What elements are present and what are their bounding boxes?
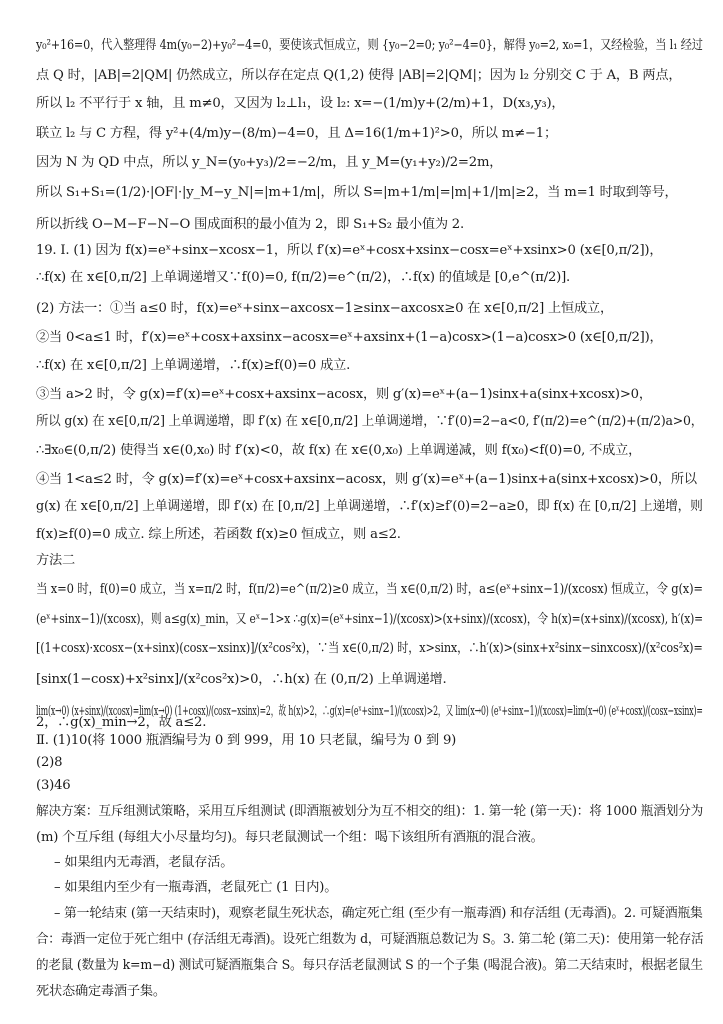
text-line: g(x) 在 x∈[0,π/2] 上单调递增，即 f′(x) 在 [0,π/2]…: [36, 498, 670, 516]
text-line: 所以 g(x) 在 x∈[0,π/2] 上单调递增，即 f′(x) 在 x∈[0…: [36, 413, 658, 431]
text-line: 所以折线 O−M−F−N−O 围成面积的最小值为 2，即 S₁+S₂ 最小值为 …: [36, 216, 693, 234]
text-line: f(x)≥f(0)=0 成立. 综上所述，若函数 f(x)≥0 恒成立，则 a≤…: [36, 526, 693, 544]
text-line: 所以 l₂ 不平行于 x 轴，且 m≠0，又因为 l₂⊥l₁，设 l₂: x=−…: [36, 95, 693, 113]
text-line: [(1+cosx)·xcosx−(x+sinx)(cosx−xsinx)]/(x…: [36, 640, 598, 658]
text-line: 2，∴g(x)_min→2，故 a≤2.: [36, 714, 693, 732]
text-line: [sinx(1−cosx)+x²sinx]/(x²cos²x)>0，∴h(x) …: [36, 671, 693, 689]
text-line: – 第一轮结束 (第一天结束时)，观察老鼠生死状态，确定死亡组 (至少有一瓶毒酒…: [54, 905, 673, 923]
text-line: 因为 N 为 QD 中点，所以 y_N=(y₀+y₃)/2=−2/m，且 y_M…: [36, 154, 693, 172]
text-line: (2) 方法一：①当 a≤0 时，f(x)=eˣ+sinx−axcosx−1≥s…: [36, 300, 693, 318]
text-line: 合：毒酒一定位于死亡组中 (存活组无毒酒)。设死亡组数为 d，可疑酒瓶总数记为 …: [36, 931, 658, 949]
text-line: ∴f(x) 在 x∈[0,π/2] 上单调递增，∴f(x)≥f(0)=0 成立.: [36, 357, 693, 375]
text-line: (eˣ+sinx−1)/(xcosx)，则 a≤g(x)_min，又 eˣ−1>…: [36, 611, 568, 629]
text-line: 联立 l₂ 与 C 方程，得 y²+(4/m)y−(8/m)−4=0，且 Δ=1…: [36, 125, 693, 143]
text-line: ∴f(x) 在 x∈[0,π/2] 上单调递增又∵f(0)=0, f(π/2)=…: [36, 269, 693, 287]
text-line: – 如果组内至少有一瓶毒酒，老鼠死亡 (1 日内)。: [54, 879, 693, 897]
text-line: (2)8: [36, 754, 693, 772]
text-line: ②当 0<a≤1 时，f′(x)=eˣ+cosx+axsinx−acosx=eˣ…: [36, 329, 693, 347]
text-line: 的老鼠 (数量为 k=m−d) 测试可疑酒瓶集合 S。每只存活老鼠测试 S 的一…: [36, 957, 662, 975]
text-line: 死状态确定毒酒子集。: [36, 983, 693, 1001]
text-line: (m) 个互斥组 (每组大小尽量均匀)。每只老鼠测试一个组：喝下该组所有酒瓶的混…: [36, 829, 693, 847]
text-line: 19. Ⅰ. (1) 因为 f(x)=eˣ+sinx−xcosx−1，所以 f′…: [36, 242, 693, 260]
text-line: 当 x=0 时，f(0)=0 成立，当 x=π/2 时，f(π/2)=e^(π/…: [36, 581, 609, 599]
text-line: Ⅱ. (1)10(将 1000 瓶酒编号为 0 到 999，用 10 只老鼠，编…: [36, 732, 693, 750]
text-line: – 如果组内无毒酒，老鼠存活。: [54, 854, 693, 872]
text-line: 解决方案：互斥组测试策略，采用互斥组测试 (即酒瓶被划分为互不相交的组)：1. …: [36, 803, 667, 821]
text-line: 点 Q 时，|AB|=2|QM| 仍然成立，所以存在定点 Q(1,2) 使得 |…: [36, 67, 693, 85]
text-line: ③当 a>2 时，令 g(x)=f′(x)=eˣ+cosx+axsinx−aco…: [36, 386, 693, 404]
text-line: (3)46: [36, 777, 693, 795]
text-line: 所以 S₁+S₁=(1/2)·|OF|·|y_M−y_N|=|m+1/m|，所以…: [36, 184, 693, 202]
document-page: y₀²+16=0，代入整理得 4m(y₀−2)+y₀²−4=0，要使该式恒成立，…: [0, 0, 723, 1024]
text-line: 方法二: [36, 552, 693, 570]
text-line: ∴∃x₀∈(0,π/2) 使得当 x∈(0,x₀) 时 f′(x)<0，故 f(…: [36, 442, 693, 460]
text-line: ④当 1<a≤2 时，令 g(x)=f′(x)=eˣ+cosx+axsinx−a…: [36, 471, 693, 489]
text-line: y₀²+16=0，代入整理得 4m(y₀−2)+y₀²−4=0，要使该式恒成立，…: [36, 37, 594, 55]
